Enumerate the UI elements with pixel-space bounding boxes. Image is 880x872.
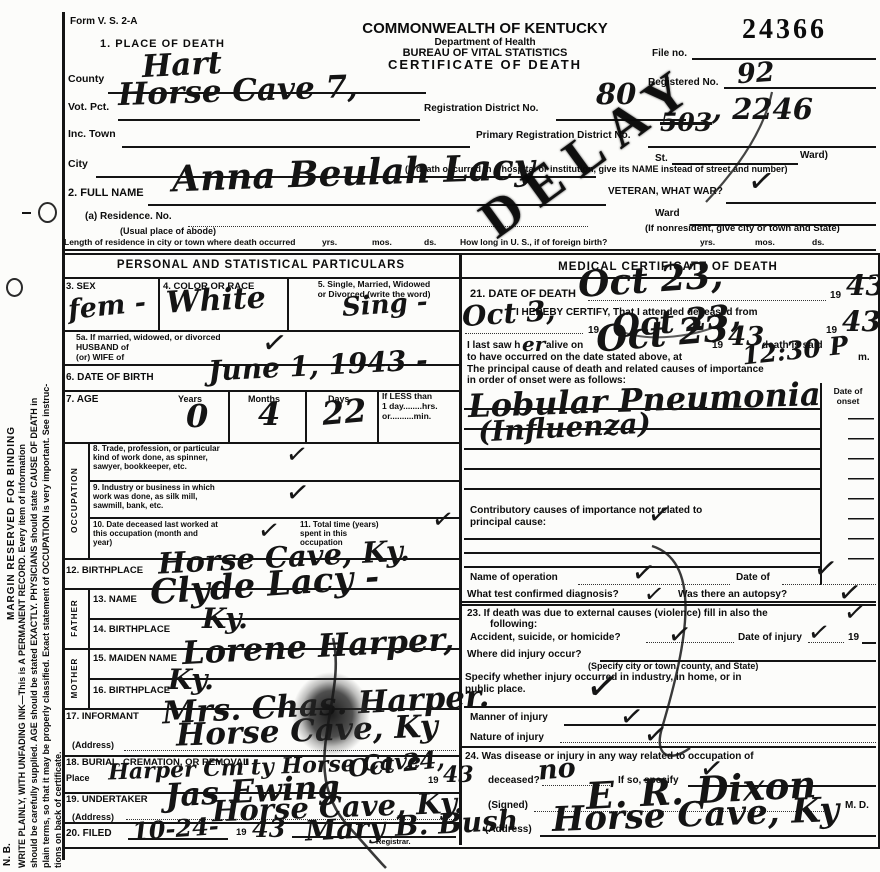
- margin-dash: [22, 212, 31, 214]
- dod-year-value: 43: [846, 272, 880, 300]
- age-years-value: 0: [186, 400, 208, 432]
- age-label: 7. AGE: [66, 394, 98, 406]
- sex-label: 3. SEX: [66, 282, 96, 293]
- father-birthplace-label: 14. BIRTHPLACE: [93, 625, 170, 636]
- date-of-operation-label: Date of: [736, 572, 770, 584]
- date-of-injury-label: Date of injury: [738, 632, 802, 644]
- deceased-label: deceased?: [488, 775, 540, 787]
- meridian-label: m.: [858, 352, 870, 364]
- checkmark: ✓: [806, 616, 832, 649]
- certificate-title: CERTIFICATE OF DEATH: [320, 58, 650, 73]
- age-days-value: 22: [321, 394, 368, 430]
- ds-label: ds.: [424, 238, 436, 248]
- father-birthplace-value: Ky.: [202, 605, 248, 633]
- physician-address-value: Horse Cave, Ky: [551, 793, 839, 837]
- last-saw-label: I last saw h: [467, 340, 520, 352]
- certificate-number-stamp: 24366: [742, 14, 827, 46]
- filed-label: 20. FILED: [66, 828, 112, 840]
- registrar-label: Registrar.: [376, 838, 411, 847]
- ink-blob-stamp: [292, 672, 370, 756]
- operation-label: Name of operation: [470, 572, 558, 584]
- color-race-value: White: [165, 283, 266, 318]
- last-saw-date-value: Oct 23: [595, 310, 730, 357]
- commonwealth-title: COMMONWEALTH OF KENTUCKY: [320, 20, 650, 37]
- column-divider: [459, 253, 462, 845]
- burial-year-19: 19: [428, 776, 439, 787]
- lastsaw-19: 19: [712, 340, 723, 352]
- informant-address-label: (Address): [72, 740, 114, 750]
- length-residence-label: Length of residence in city or town wher…: [64, 238, 295, 248]
- date-of-birth-label: 6. DATE OF BIRTH: [66, 372, 154, 384]
- residence-label: (a) Residence. No.: [85, 211, 172, 223]
- signed-label: (Signed): [488, 800, 528, 812]
- checkmark: ✓: [583, 662, 623, 713]
- full-name-label: 2. FULL NAME: [68, 187, 144, 200]
- date-of-death-value: Oct 23,: [577, 257, 724, 303]
- punch-hole: [6, 278, 23, 297]
- ward-label: Ward): [800, 150, 828, 162]
- veteran-label: VETERAN, WHAT WAR?: [608, 186, 723, 198]
- manner-of-injury-label: Manner of injury: [470, 712, 548, 724]
- informant-label: 17. INFORMANT: [66, 712, 139, 723]
- accident-suicide-label: Accident, suicide, or homicide?: [470, 632, 621, 644]
- nature-of-injury-label: Nature of injury: [470, 732, 544, 744]
- where-injury-label: Where did injury occur?: [467, 649, 581, 661]
- city-label: City: [68, 158, 88, 170]
- burial-place-label: Place: [66, 773, 90, 783]
- principal-cause-label-1: The principal cause of death and related…: [467, 364, 764, 376]
- filed-year-19: 19: [236, 828, 247, 839]
- checkmark: ✓: [430, 503, 456, 536]
- occupation-side-label: OCCUPATION: [70, 444, 80, 556]
- father-side-label: FATHER: [70, 590, 79, 646]
- dod-19: 19: [830, 290, 841, 302]
- mother-side-label: MOTHER: [70, 650, 79, 706]
- occurred-label: to have occurred on the date stated abov…: [467, 352, 682, 364]
- onset-ruled-dashes: [848, 418, 874, 568]
- date-of-onset-label: Date of onset: [822, 387, 874, 407]
- undertaker-address-label: (Address): [72, 812, 114, 822]
- death-certificate-scan: N. B. WRITE PLAINLY, WITH UNFADING INK—T…: [0, 0, 880, 872]
- form-number: Form V. S. 2-A: [70, 16, 137, 28]
- undertaker-label: 19. UNDERTAKER: [66, 795, 148, 806]
- spouse-label: 5a. If married, widowed, or divorced HUS…: [76, 333, 221, 362]
- trade-label: 8. Trade, profession, or particular kind…: [93, 444, 220, 472]
- registration-district-label: Registration District No.: [424, 103, 538, 115]
- abode-note: (Usual place of abode): [120, 226, 216, 236]
- checkmark: ✓: [842, 596, 868, 629]
- voting-precinct-label: Vot. Pct.: [68, 101, 109, 113]
- mos-label: mos.: [372, 238, 392, 248]
- left-column-header: PERSONAL AND STATISTICAL PARTICULARS: [64, 259, 458, 272]
- industry-label: 9. Industry or business in which work wa…: [93, 483, 215, 511]
- if-less-than-label: If LESS than 1 day........hrs. or.......…: [382, 392, 438, 421]
- birthplace-label: 12. BIRTHPLACE: [66, 566, 143, 577]
- margin-instruction-line2: should be carefully supplied. AGE should…: [29, 56, 39, 868]
- how-long-us-label: How long in U. S., if of foreign birth?: [460, 238, 607, 248]
- checkmark: ✓: [745, 160, 777, 202]
- mother-birthplace-label: 16. BIRTHPLACE: [93, 686, 170, 697]
- street-label: St.: [655, 153, 668, 165]
- mother-birthplace-value: Ky.: [168, 666, 214, 694]
- margin-nb-label: N. B.: [2, 746, 14, 866]
- yrs-label: yrs.: [322, 238, 337, 248]
- county-label: County: [68, 73, 104, 85]
- margin-instruction-line1: WRITE PLAINLY, WITH UNFADING INK—This is…: [17, 56, 27, 868]
- margin-binding-label: MARGIN RESERVED FOR BINDING: [6, 290, 18, 620]
- father-name-label: 13. NAME: [93, 595, 137, 606]
- external-causes-label: 23. If death was due to external causes …: [467, 608, 768, 620]
- maiden-name-label: 15. MAIDEN NAME: [93, 654, 177, 665]
- checkmark: ✓: [284, 438, 310, 471]
- ward2-label: Ward: [655, 208, 680, 220]
- test-confirmed-label: What test confirmed diagnosis?: [467, 589, 619, 601]
- attended-year-value: 43: [842, 308, 880, 336]
- autopsy-label: Was there an autopsy?: [678, 589, 787, 601]
- age-months-value: 4: [258, 398, 280, 430]
- her-handwritten: er: [522, 334, 545, 354]
- following-label: following:: [490, 619, 537, 631]
- margin-instruction-line3: plain terms, so that it may be properly …: [41, 56, 51, 868]
- marital-status-value: Sing -: [341, 289, 428, 321]
- inc-town-label: Inc. Town: [68, 128, 116, 140]
- burial-year-value: 43: [443, 764, 474, 786]
- voting-precinct-value: Horse Cave 7,: [118, 72, 359, 111]
- filed-year-value: 43: [252, 817, 285, 841]
- alive-on-label: alive on: [546, 340, 583, 352]
- physician-address-label: (Address): [485, 824, 532, 836]
- injury-19: 19: [848, 632, 859, 644]
- ds-label: ds.: [812, 238, 824, 248]
- primary-district-new-value: , 2246: [712, 95, 813, 124]
- mos-label: mos.: [755, 238, 775, 248]
- sex-value: fem -: [67, 289, 147, 324]
- md-label: M. D.: [845, 800, 869, 812]
- occupation-related-value: no: [537, 754, 577, 784]
- nonresident-note: (If nonresident, give city or town and S…: [645, 224, 840, 235]
- yrs-label: yrs.: [700, 238, 715, 248]
- punch-hole: [38, 202, 57, 223]
